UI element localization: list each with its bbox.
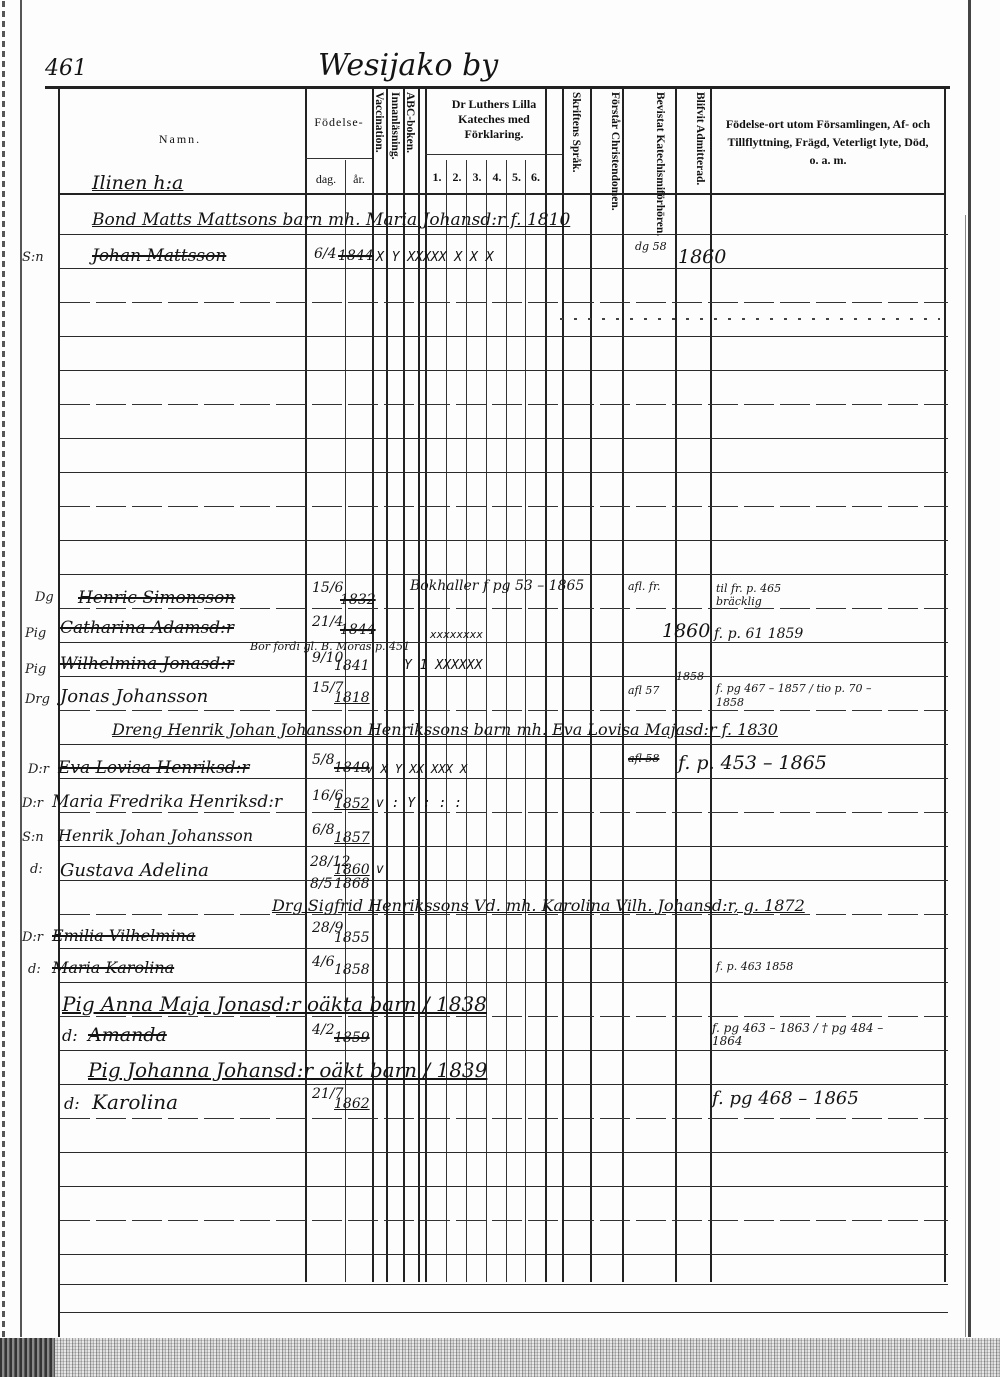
header-luther-col-2: 2. (447, 170, 467, 185)
row-margin-code: Pig (25, 626, 46, 641)
row-bevistat: afl. fr. (628, 580, 661, 593)
row-admitted: 1860 (678, 246, 726, 268)
row-birth-day: 4/2 (312, 1022, 335, 1038)
row-extra-year: 1868 (334, 876, 370, 892)
row-margin-code: D:r (22, 930, 43, 945)
hline (60, 574, 948, 575)
hline (60, 608, 948, 609)
hline (60, 1312, 948, 1313)
hline (60, 1016, 948, 1017)
family-line: Pig Anna Maja Jonasd:r oäkta barn / 1838 (62, 992, 487, 1016)
row-notes: f. pg 467 – 1857 / tio p. 70 – 1858 (716, 682, 886, 710)
page-fold-line-right-inner (965, 215, 966, 1337)
row-birth-year: 1844 (338, 248, 374, 264)
page-fold-line (20, 0, 22, 1337)
row-name: Karolina (92, 1090, 178, 1114)
farm-heading: Ilinen h:a (92, 172, 183, 194)
title-rule (45, 86, 950, 89)
family-line: Bond Matts Mattsons barn mh. Maria Johan… (92, 210, 570, 230)
row-birth-day: 21/4 (312, 614, 343, 630)
header-luther: Dr Luthers Lilla Kateches med Förklaring… (428, 97, 560, 142)
hline (60, 506, 948, 507)
hline (60, 404, 948, 405)
row-birth-day: 6/4 (314, 246, 337, 262)
row-birth-year: 1858 (334, 962, 370, 978)
row-margin-code: d: (28, 962, 41, 977)
header-luther-col-3: 3. (467, 170, 487, 185)
stray-dots (560, 318, 940, 320)
hline (60, 1084, 948, 1085)
row-marks: Bokhaller f pg 53 – 1865 (410, 578, 584, 594)
row-margin-code: d: (62, 1026, 78, 1045)
page-edge-left (2, 0, 5, 1377)
header-dag: dag. (306, 172, 346, 187)
hline (60, 982, 948, 983)
row-notes: til fr. p. 465 bräcklig (716, 582, 826, 608)
row-marks: X Y XXXXX X X X (376, 250, 493, 265)
page-fold-line-right (968, 0, 971, 1337)
row-name: Johan Mattsson (92, 246, 226, 266)
hline (60, 370, 948, 371)
village-title: Wesijako by (318, 48, 498, 83)
header-subrule-fodelse (305, 158, 372, 159)
header-bottom-rule (58, 193, 946, 195)
row-margin-code: D:r (22, 796, 43, 811)
hline (60, 676, 948, 677)
row-name: Henric Simonsson (78, 588, 235, 608)
row-marks: v : Y : : : (376, 796, 462, 811)
hline (60, 948, 948, 949)
row-name: Henrik Johan Johansson (58, 826, 253, 845)
row-name: Maria Fredrika Henriksd:r (52, 792, 282, 812)
row-birth-year: 1862 (334, 1096, 370, 1112)
header-forstar: Förstår Christendomen. (595, 92, 621, 211)
row-notes: f. p. 61 1859 (714, 626, 803, 642)
row-marks: xxxxxxxx (430, 628, 483, 641)
row-margin-code: d: (64, 1094, 80, 1113)
header-bevistat: Bevistat Katechismiförhören. (638, 92, 666, 236)
row-birth-year: 1832 (340, 592, 376, 608)
hline (60, 642, 948, 643)
row-name: Wilhelmina Jonasd:r (60, 654, 234, 674)
row-bevistat: afl 57 (628, 684, 659, 697)
family-line: Pig Johanna Johansd:r oäkt barn / 1839 (88, 1058, 487, 1082)
header-ar: år. (346, 172, 372, 187)
row-birth-year: 1818 (334, 690, 370, 706)
hline (60, 846, 948, 847)
row-birth-year: 1857 (334, 830, 370, 846)
row-birth-day: 6/8 (312, 822, 335, 838)
row-notes: f. p. 453 – 1865 (678, 752, 827, 774)
row-bevistat: dg 58 (635, 240, 667, 253)
row-name: Maria Karolina (52, 958, 174, 977)
hline (60, 1284, 948, 1285)
scan-noise-dark (0, 1338, 55, 1377)
hline (60, 540, 948, 541)
row-marks: v X Y XX XXX X (366, 762, 467, 776)
row-notes: f. pg 463 – 1863 / † pg 484 – 1864 (712, 1022, 902, 1048)
header-innanlasning: Innanläsning. (389, 92, 401, 159)
hline (60, 234, 948, 235)
header-luther-col-6: 6. (526, 170, 545, 185)
row-margin-code: S:n (22, 830, 44, 845)
row-margin-code: S:n (22, 250, 44, 265)
header-namn: Namn. (140, 132, 220, 147)
row-name: Catharina Adamsd:r (60, 618, 234, 638)
hline (60, 302, 948, 303)
hline (60, 336, 948, 337)
row-birth-year: 1852 (334, 796, 370, 812)
row-birth-day: 4/6 (312, 954, 335, 970)
row-birth-year: 1859 (334, 1030, 370, 1046)
row-admitted: 1860 (662, 620, 710, 642)
row-birth-day: 15/6 (312, 580, 343, 596)
header-luther-col-5: 5. (507, 170, 526, 185)
row-notes: f. p. 463 1858 (716, 960, 793, 973)
hline (60, 1254, 948, 1255)
row-margin-code: Dg (35, 590, 54, 605)
row-name: Amanda (88, 1024, 167, 1046)
hline (60, 1152, 948, 1153)
hline (60, 1050, 948, 1051)
row-bevistat: afl 58 (628, 752, 659, 765)
hline (60, 710, 948, 711)
page-number: 461 (45, 56, 87, 81)
row-marks: Y 1 XXXXXX (404, 658, 482, 673)
row-marks: v (376, 862, 384, 877)
hline (60, 778, 948, 779)
row-birth-year: 1844 (340, 622, 376, 638)
family-line: Dreng Henrik Johan Johansson Henrikssons… (112, 720, 778, 739)
row-birth-year: 1855 (334, 930, 370, 946)
header-vaccination: Vaccination. (373, 92, 385, 153)
row-notes: f. pg 468 – 1865 (712, 1088, 859, 1109)
header-subrule-luther (425, 154, 562, 155)
header-luther-col-1: 1. (427, 170, 447, 185)
header-luther-col-4: 4. (487, 170, 507, 185)
vline (58, 88, 60, 1337)
row-name: Eva Lovisa Henriksd:r (58, 758, 250, 778)
hline (60, 1186, 948, 1187)
row-margin-code: D:r (28, 762, 49, 777)
row-margin-code: Pig (25, 662, 46, 677)
row-extra-day: 8/5 (310, 876, 333, 892)
hline (60, 1220, 948, 1221)
header-blifvit: Blifvit Admitterad. (680, 92, 706, 185)
row-birth-year: 1849 (334, 760, 370, 776)
hline (60, 268, 948, 269)
row-admitted: 1858 (676, 670, 704, 683)
row-name: Gustava Adelina (60, 860, 209, 881)
header-skriftens-sprak: Skriftens Språk. (570, 92, 582, 173)
header-fodelse: Födelse- (307, 115, 371, 130)
scan-noise-strip (0, 1338, 1000, 1377)
hline (60, 438, 948, 439)
hline (60, 1118, 948, 1119)
row-birth-year: 1841 (334, 658, 370, 674)
row-birth-day: 5/8 (312, 752, 335, 768)
header-fodelseort: Födelse-ort utom Församlingen, Af- och T… (722, 115, 934, 169)
row-margin-code: Drg (25, 692, 50, 707)
row-margin-code: d: (30, 862, 43, 877)
hline (60, 472, 948, 473)
row-name: Emilia Vilhelmina (52, 926, 195, 945)
row-name: Jonas Johansson (60, 686, 208, 707)
hline (60, 812, 948, 813)
hline (60, 744, 948, 745)
header-abc-boken: ABC-boken. (404, 92, 416, 153)
family-line: Drg Sigfrid Henrikssons Vd. mh. Karolina… (272, 896, 805, 915)
